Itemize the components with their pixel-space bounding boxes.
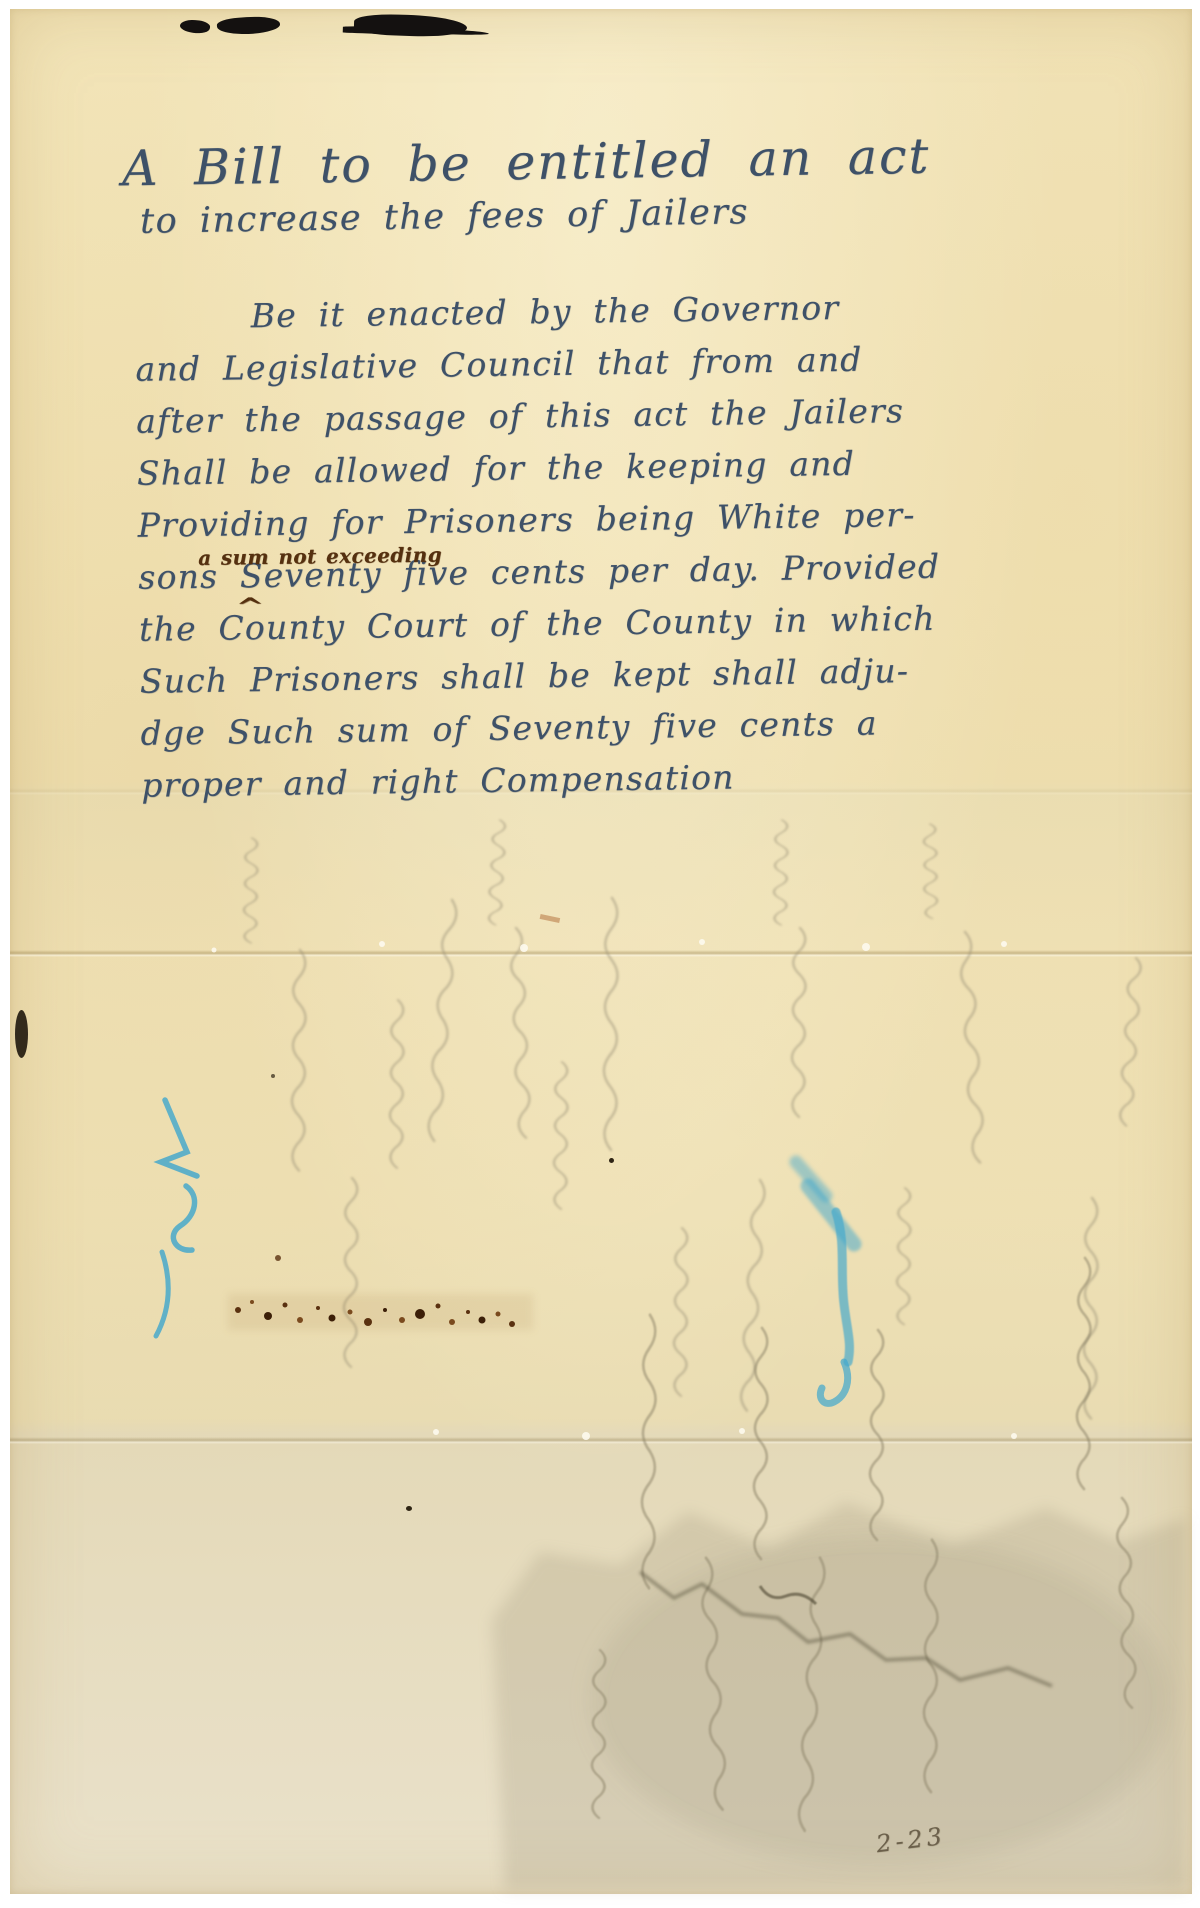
- paper-flecks: [212, 939, 1018, 1440]
- interline-insertion: a sum not exceeding: [198, 529, 443, 584]
- blue-crayon-mark-center: [796, 1162, 854, 1403]
- blue-crayon-mark-left: [156, 1100, 197, 1336]
- water-stain: [492, 1502, 1186, 1890]
- manuscript-body: Be it enacted by the Governor and Legisl…: [134, 280, 971, 812]
- rust-stain-speckles: [228, 914, 560, 1330]
- scan-background: A Bill to be entitled an act to increase…: [0, 0, 1200, 1908]
